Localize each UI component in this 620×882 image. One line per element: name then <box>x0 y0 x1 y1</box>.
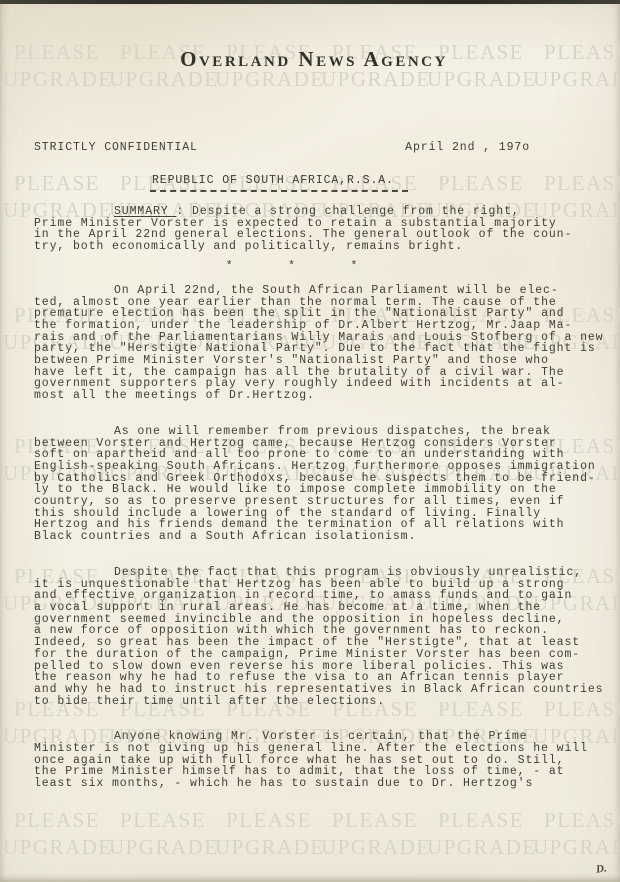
watermark-text: PLEASE <box>544 808 620 833</box>
watermark-text: UPGRADE <box>321 835 431 860</box>
article-body: SUMMARY : Despite a strong challenge fro… <box>34 206 594 790</box>
body-paragraph: On April 22nd, the South African Parliam… <box>34 285 594 402</box>
asterisk-separator: * * * <box>12 261 572 273</box>
watermark-text: UPGRADE <box>215 835 325 860</box>
watermark-text: PLEASE <box>438 808 524 833</box>
article-title: REPUBLIC OF SOUTH AFRICA,R.S.A. <box>152 175 414 187</box>
summary-paragraph: SUMMARY : Despite a strong challenge fro… <box>34 206 594 253</box>
watermark-text: PLEASE <box>332 808 418 833</box>
watermark-text: UPGRADE <box>427 835 537 860</box>
classification-row: STRICTLY CONFIDENTIAL April 2nd , 197o <box>34 141 594 154</box>
body-paragraph: Despite the fact that this program is ob… <box>34 567 594 707</box>
summary-continuation: Prime Minister Vorster is expected to re… <box>34 218 594 253</box>
date-label: April 2nd , 197o <box>405 141 530 154</box>
handwritten-mark: D. <box>596 862 608 875</box>
watermark-text: UPGRADE <box>533 835 620 860</box>
body-paragraph: As one will remember from previous dispa… <box>34 426 594 543</box>
watermark-text: UPGRADE <box>3 835 113 860</box>
watermark-text: PLEASE <box>120 808 206 833</box>
article-title-wrap: REPUBLIC OF SOUTH AFRICA,R.S.A. <box>152 175 414 192</box>
document-page: PLEASEUPGRADEPLEASEUPGRADEPLEASEUPGRADEP… <box>0 0 620 882</box>
watermark-text: PLEASE <box>226 808 312 833</box>
document-content: Overland News Agency STRICTLY CONFIDENTI… <box>0 46 620 790</box>
body-paragraph: Anyone knowing Mr. Vorster is certain, t… <box>34 731 594 790</box>
paper-top-edge <box>0 0 620 4</box>
watermark-text: PLEASE <box>14 808 100 833</box>
agency-title: Overland News Agency <box>34 46 594 72</box>
watermark-text: UPGRADE <box>109 835 219 860</box>
title-underline <box>150 190 408 192</box>
classification-label: STRICTLY CONFIDENTIAL <box>34 141 198 154</box>
